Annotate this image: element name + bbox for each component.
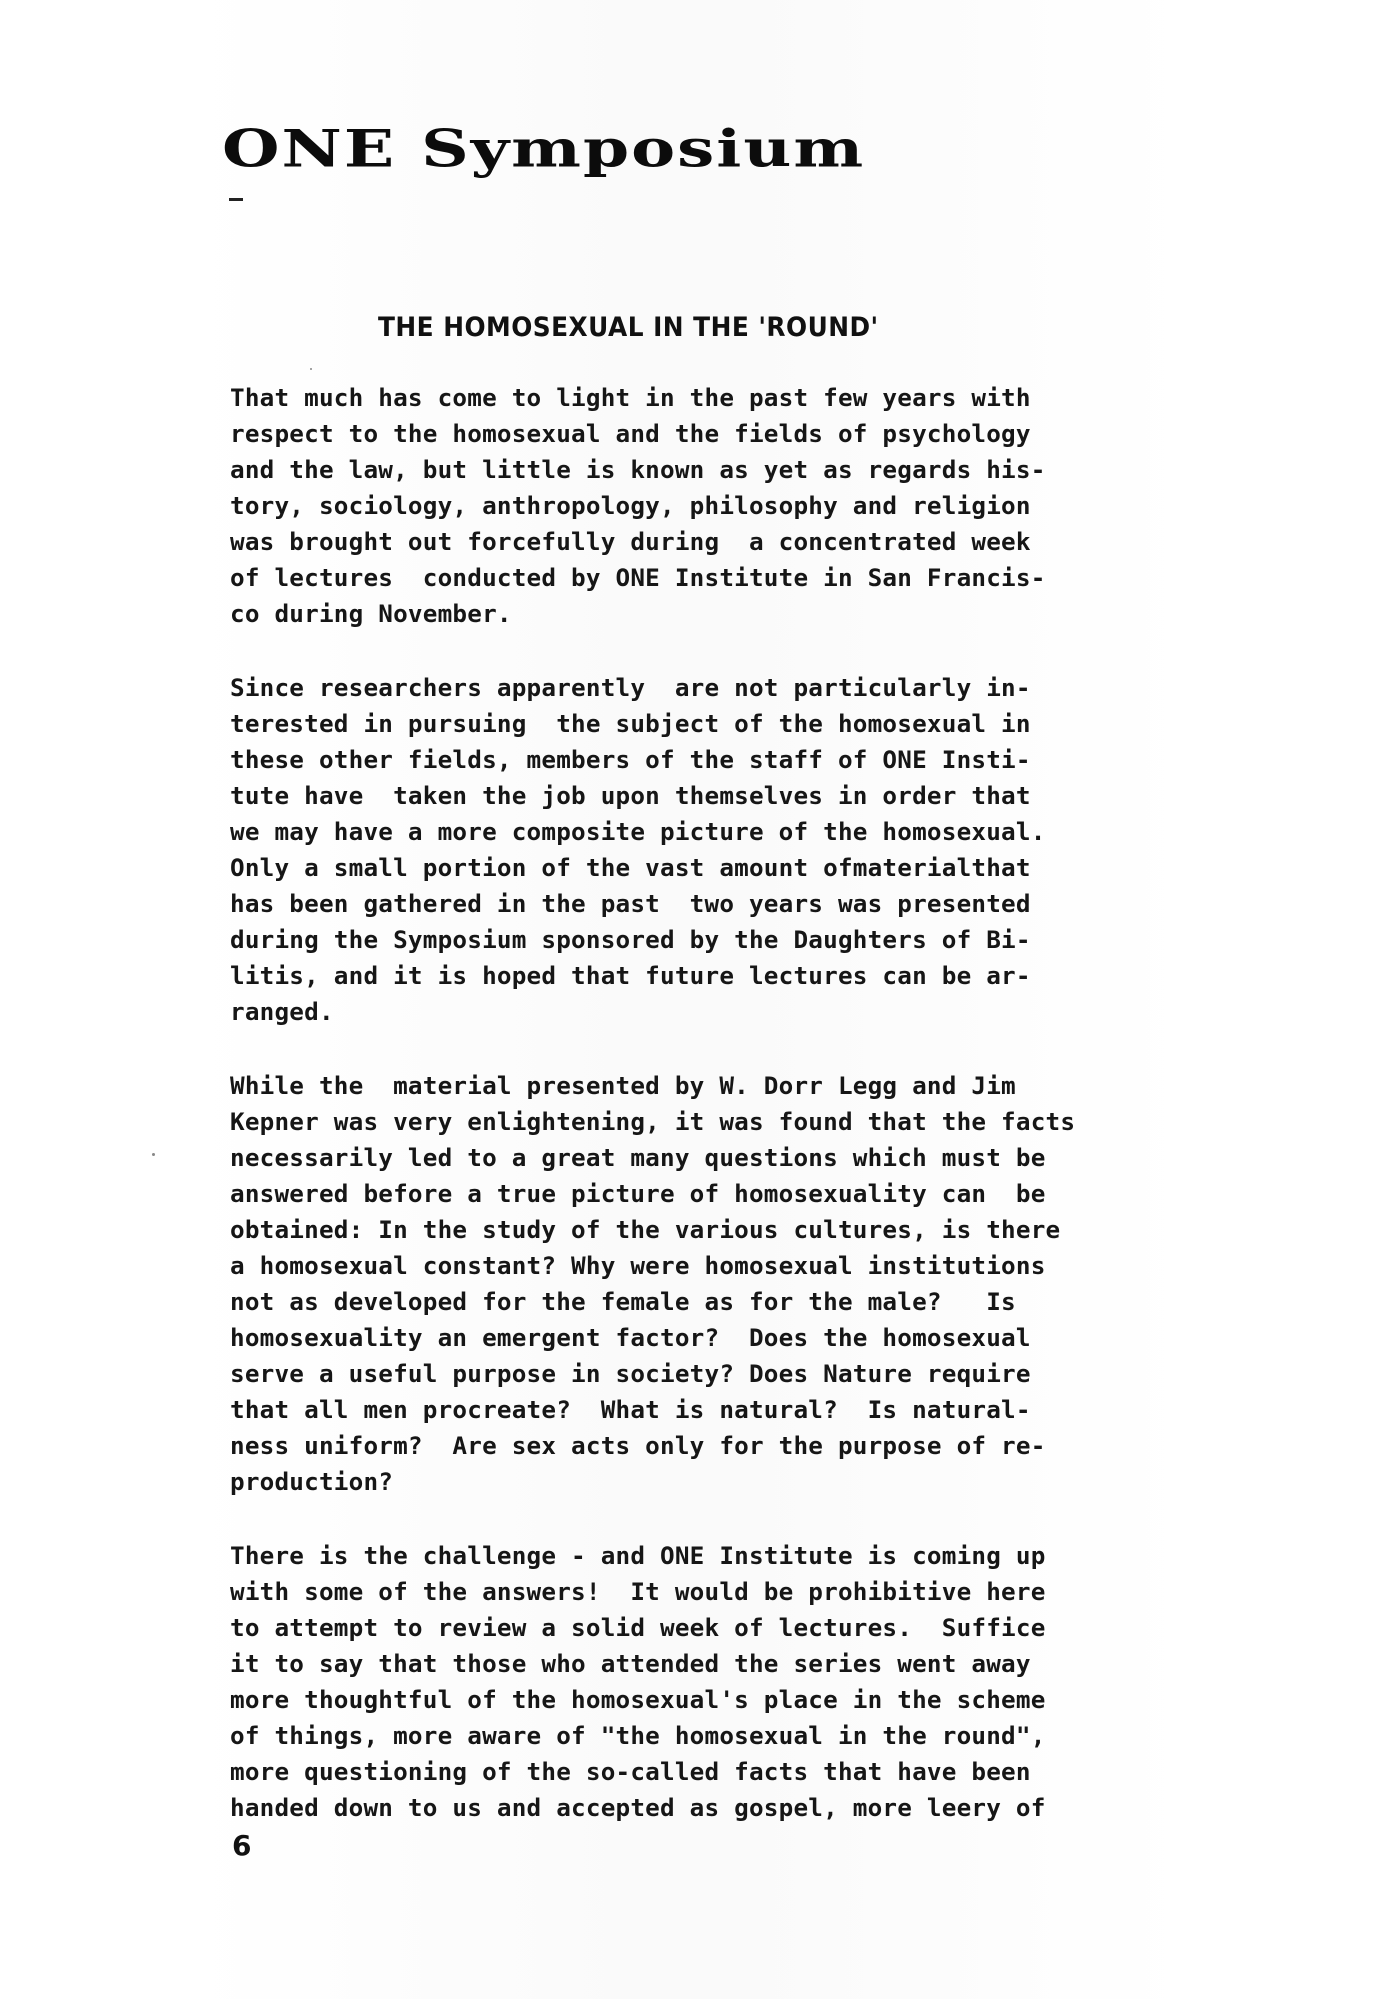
text-line: serve a useful purpose in society? Does … [230,1356,1230,1392]
text-line: ness uniform? Are sex acts only for the … [230,1428,1230,1464]
text-line: co during November. [230,596,1230,632]
text-line: these other fields, members of the staff… [230,742,1230,778]
text-line: to attempt to review a solid week of lec… [230,1610,1230,1646]
text-line: during the Symposium sponsored by the Da… [230,922,1230,958]
scan-speck [310,368,312,370]
text-line: There is the challenge - and ONE Institu… [230,1538,1230,1574]
paragraph: Since researchers apparently are not par… [230,670,1230,1030]
text-line: production? [230,1464,1230,1500]
text-line: a homosexual constant? Why were homosexu… [230,1248,1230,1284]
document-page: ONE Symposium THE HOMOSEXUAL IN THE 'ROU… [0,0,1386,1999]
text-line: tute have taken the job upon themselves … [230,778,1230,814]
paragraph: While the material presented by W. Dorr … [230,1068,1230,1500]
text-line: While the material presented by W. Dorr … [230,1068,1230,1104]
scan-speck [152,1153,155,1156]
text-line: respect to the homosexual and the fields… [230,416,1230,452]
text-line: ranged. [230,994,1230,1030]
text-line: Kepner was very enlightening, it was fou… [230,1104,1230,1140]
text-line: that all men procreate? What is natural?… [230,1392,1230,1428]
text-line: of lectures conducted by ONE Institute i… [230,560,1230,596]
text-line: was brought out forcefully during a conc… [230,524,1230,560]
text-line: we may have a more composite picture of … [230,814,1230,850]
text-line: litis, and it is hoped that future lectu… [230,958,1230,994]
page-number: 6 [232,1829,251,1862]
text-line: not as developed for the female as for t… [230,1284,1230,1320]
text-line: with some of the answers! It would be pr… [230,1574,1230,1610]
text-line: of things, more aware of "the homosexual… [230,1718,1230,1754]
text-line: it to say that those who attended the se… [230,1646,1230,1682]
page-title: ONE Symposium [222,118,865,179]
text-line: terested in pursuing the subject of the … [230,706,1230,742]
text-line: homosexuality an emergent factor? Does t… [230,1320,1230,1356]
text-line: and the law, but little is known as yet … [230,452,1230,488]
text-line: Since researchers apparently are not par… [230,670,1230,706]
paragraph: That much has come to light in the past … [230,380,1230,632]
text-line: necessarily led to a great many question… [230,1140,1230,1176]
text-line: answered before a true picture of homose… [230,1176,1230,1212]
text-line: obtained: In the study of the various cu… [230,1212,1230,1248]
text-line: more questioning of the so-called facts … [230,1754,1230,1790]
article-body: That much has come to light in the past … [230,380,1230,1864]
paragraph: There is the challenge - and ONE Institu… [230,1538,1230,1826]
text-line: has been gathered in the past two years … [230,886,1230,922]
text-line: Only a small portion of the vast amount … [230,850,1230,886]
text-line: tory, sociology, anthropology, philosoph… [230,488,1230,524]
text-line: more thoughtful of the homosexual's plac… [230,1682,1230,1718]
scan-mark [229,198,243,201]
text-line: handed down to us and accepted as gospel… [230,1790,1230,1826]
article-subtitle: THE HOMOSEXUAL IN THE 'ROUND' [378,312,879,343]
text-line: That much has come to light in the past … [230,380,1230,416]
